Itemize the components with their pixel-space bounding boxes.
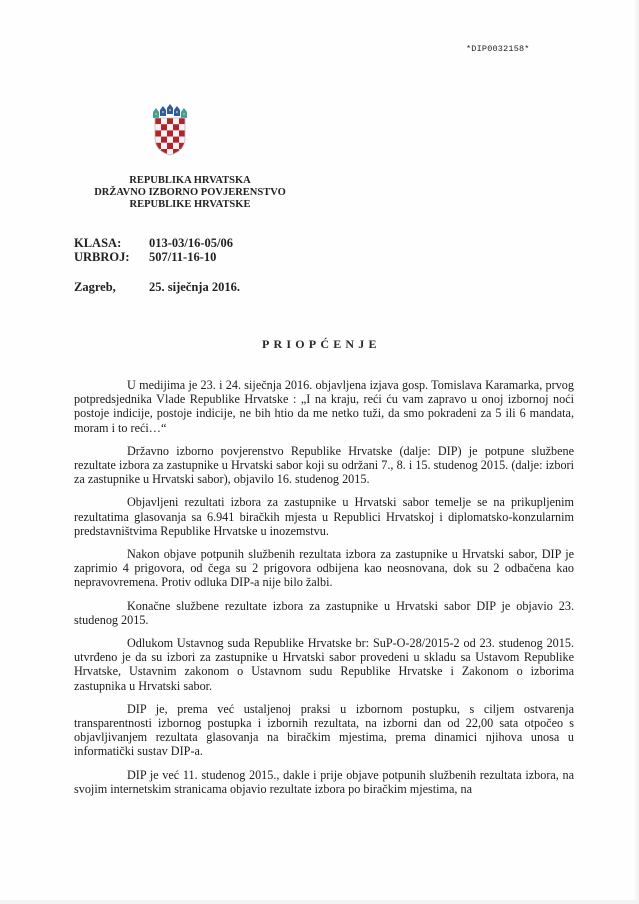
paragraph: DIP je već 11. studenog 2015., dakle i p… xyxy=(74,768,574,796)
paragraph: Odlukom Ustavnog suda Republike Hrvatske… xyxy=(74,636,574,693)
urbroj-row: URBROJ: 507/11-16-10 xyxy=(74,250,240,264)
paragraph: DIP je, prema već ustaljenoj praksi u iz… xyxy=(74,702,574,759)
paragraph: U medijima je 23. i 24. siječnja 2016. o… xyxy=(74,378,574,435)
document-body: U medijima je 23. i 24. siječnja 2016. o… xyxy=(74,378,574,805)
klasa-row: KLASA: 013-03/16-05/06 xyxy=(74,236,240,250)
document-page: *DIP0032158* REPUBLIKA HRVATSKA DRŽAVNO … xyxy=(0,0,639,904)
date-value: 25. siječnja 2016. xyxy=(149,280,240,294)
date-row: Zagreb, 25. siječnja 2016. xyxy=(74,280,240,294)
header-line-2: DRŽAVNO IZBORNO POVJERENSTVO xyxy=(60,187,320,199)
klasa-value: 013-03/16-05/06 xyxy=(149,236,233,250)
header-line-3: REPUBLIKE HRVATSKE xyxy=(60,199,320,211)
croatian-coat-of-arms-icon xyxy=(150,104,190,156)
document-meta: KLASA: 013-03/16-05/06 URBROJ: 507/11-16… xyxy=(74,236,240,294)
place-label: Zagreb, xyxy=(74,280,149,294)
urbroj-label: URBROJ: xyxy=(74,250,149,264)
institution-header: REPUBLIKA HRVATSKA DRŽAVNO IZBORNO POVJE… xyxy=(60,175,320,211)
paragraph: Državno izborno povjerenstvo Republike H… xyxy=(74,444,574,487)
paragraph: Objavljeni rezultati izbora za zastupnik… xyxy=(74,495,574,538)
klasa-label: KLASA: xyxy=(74,236,149,250)
page-edge xyxy=(633,0,639,904)
header-line-1: REPUBLIKA HRVATSKA xyxy=(60,175,320,187)
page-bottom-edge xyxy=(0,900,639,904)
urbroj-value: 507/11-16-10 xyxy=(149,250,216,264)
paragraph: Nakon objave potpunih službenih rezultat… xyxy=(74,547,574,590)
document-id: *DIP0032158* xyxy=(466,44,530,54)
document-title: PRIOPĆENJE xyxy=(262,337,381,352)
paragraph: Konačne službene rezultate izbora za zas… xyxy=(74,599,574,627)
